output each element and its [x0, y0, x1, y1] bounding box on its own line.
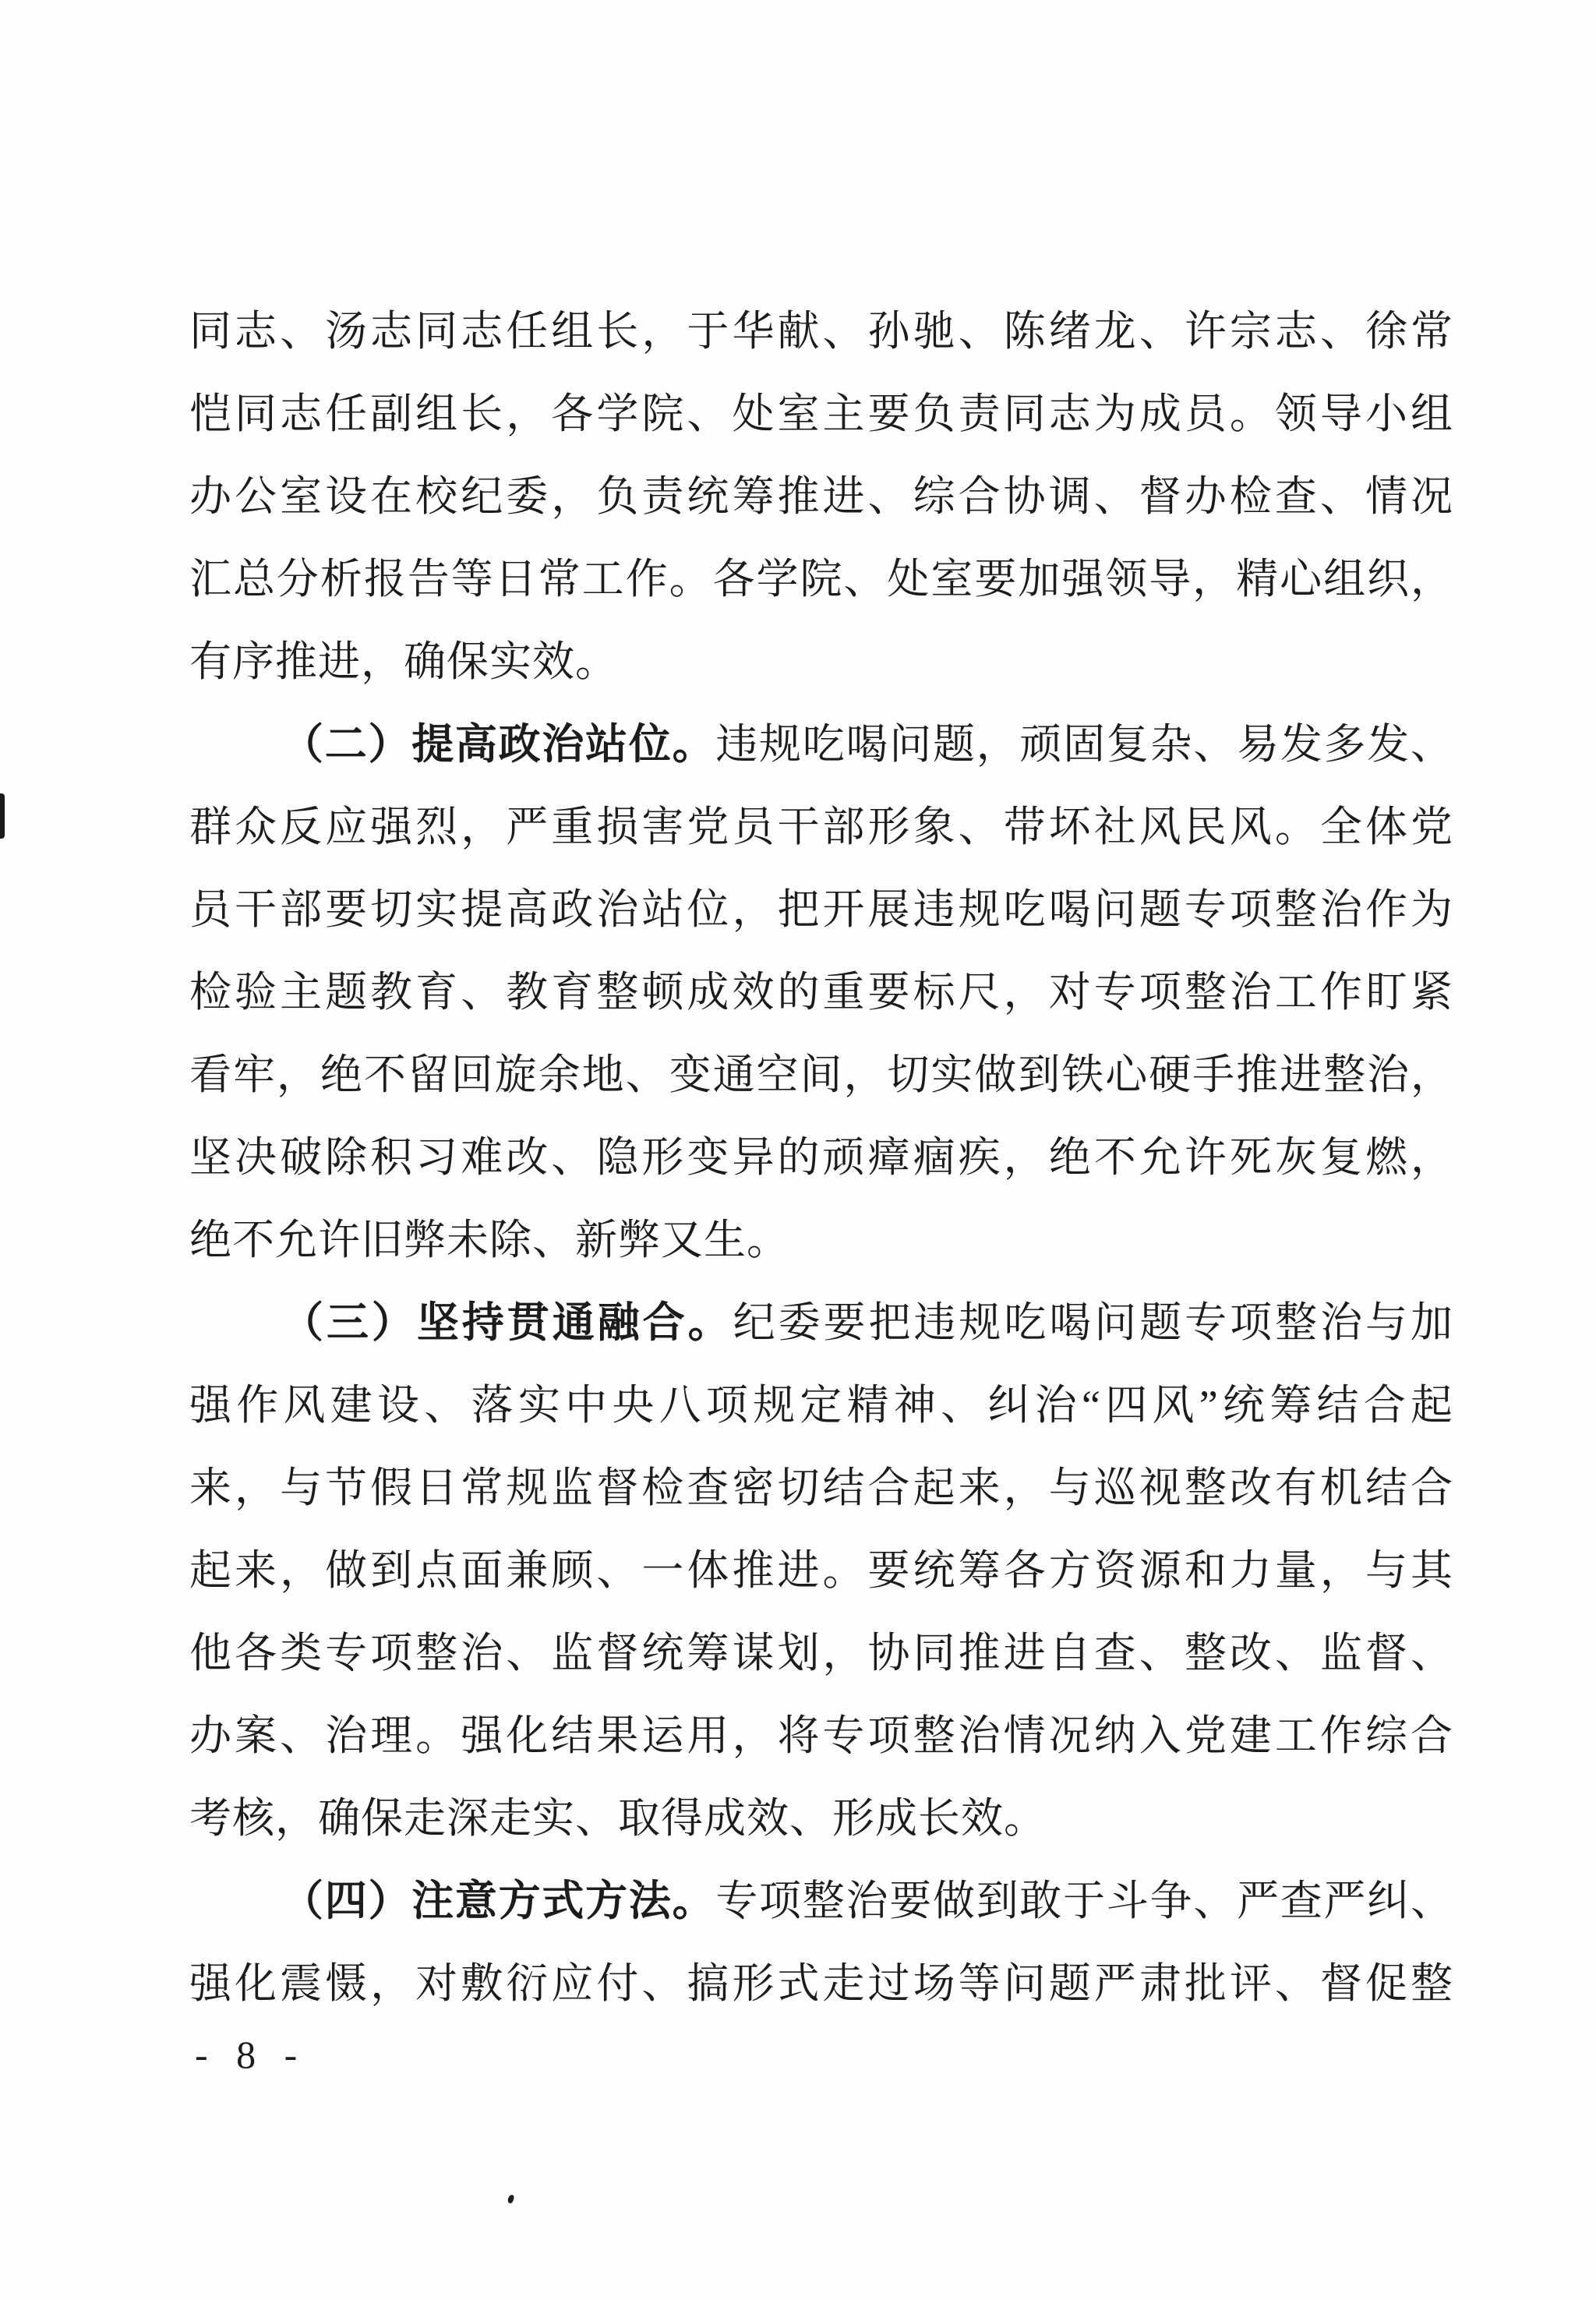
line-text: 坚决破除积习难改、隐形变异的顽瘴痼疾，绝不允许死灰复燃， [189, 1134, 1453, 1181]
section-heading: （四）注意方式方法。 [281, 1878, 715, 1924]
text-line: 他各类专项整治、监督统筹谋划，协同推进自查、整改、监督、 [189, 1612, 1453, 1694]
text-line: 恺同志任副组长，各学院、处室主要负责同志为成员。领导小组 [189, 373, 1453, 455]
line-text: 汇总分析报告等日常工作。各学院、处室要加强领导，精心组织， [189, 556, 1453, 602]
section-heading: （三）坚持贯通融合。 [281, 1299, 733, 1346]
line-text: 他各类专项整治、监督统筹谋划，协同推进自查、整改、监督、 [189, 1630, 1453, 1676]
line-text: 绝不允许旧弊未除、新弊又生。 [189, 1217, 789, 1263]
line-text: 群众反应强烈，严重损害党员干部形象、带坏社风民风。全体党 [189, 804, 1453, 850]
line-text: 看牢，绝不留回旋余地、变通空间，切实做到铁心硬手推进整治， [189, 1051, 1453, 1098]
line-text: 纪委要把违规吃喝问题专项整治与加 [733, 1299, 1453, 1346]
line-text: 考核，确保走深走实、取得成效、形成长效。 [189, 1795, 1047, 1842]
text-line: 强作风建设、落实中央八项规定精神、纠治“四风”统筹结合起 [189, 1364, 1453, 1447]
line-text: 违规吃喝问题，顽固复杂、易发多发、 [715, 721, 1453, 768]
line-text: 强化震慑，对敷衍应付、搞形式走过场等问题严肃批评、督促整 [189, 1960, 1453, 2007]
line-text: 员干部要切实提高政治站位，把开展违规吃喝问题专项整治作为 [189, 886, 1453, 933]
scan-artifact-ink-speck [507, 2194, 515, 2203]
line-text: 同志、汤志同志任组长，于华献、孙驰、陈绪龙、许宗志、徐常 [189, 308, 1453, 355]
text-line: 同志、汤志同志任组长，于华献、孙驰、陈绪龙、许宗志、徐常 [189, 290, 1453, 373]
text-line: 绝不允许旧弊未除、新弊又生。 [189, 1199, 1453, 1281]
text-line: 强化震慑，对敷衍应付、搞形式走过场等问题严肃批评、督促整 [189, 1942, 1453, 2025]
text-column: 同志、汤志同志任组长，于华献、孙驰、陈绪龙、许宗志、徐常 恺同志任副组长，各学院… [189, 290, 1453, 2025]
line-text: 有序推进，确保实效。 [189, 638, 618, 685]
line-text: 办公室设在校纪委，负责统筹推进、综合协调、督办检查、情况 [189, 473, 1453, 520]
line-text: 检验主题教育、教育整顿成效的重要标尺，对专项整治工作盯紧 [189, 969, 1453, 1016]
scan-artifact-edge-mark [0, 793, 5, 839]
line-text: 来，与节假日常规监督检查密切结合起来，与巡视整改有机结合 [189, 1464, 1453, 1511]
text-line: 检验主题教育、教育整顿成效的重要标尺，对专项整治工作盯紧 [189, 951, 1453, 1033]
text-line: 看牢，绝不留回旋余地、变通空间，切实做到铁心硬手推进整治， [189, 1033, 1453, 1116]
text-line: 有序推进，确保实效。 [189, 620, 1453, 703]
document-page: 同志、汤志同志任组长，于华献、孙驰、陈绪龙、许宗志、徐常 恺同志任副组长，各学院… [0, 0, 1596, 2300]
line-text: 起来，做到点面兼顾、一体推进。要统筹各方资源和力量，与其 [189, 1547, 1453, 1594]
text-line: 起来，做到点面兼顾、一体推进。要统筹各方资源和力量，与其 [189, 1529, 1453, 1612]
page-number: - 8 - [195, 2026, 306, 2083]
text-line: （二）提高政治站位。违规吃喝问题，顽固复杂、易发多发、 [189, 703, 1453, 786]
line-text: 办案、治理。强化结果运用，将专项整治情况纳入党建工作综合 [189, 1712, 1453, 1759]
text-line: 汇总分析报告等日常工作。各学院、处室要加强领导，精心组织， [189, 538, 1453, 620]
section-heading: （二）提高政治站位。 [281, 721, 715, 768]
text-line: 来，与节假日常规监督检查密切结合起来，与巡视整改有机结合 [189, 1447, 1453, 1529]
text-line: （四）注意方式方法。专项整治要做到敢于斗争、严查严纠、 [189, 1860, 1453, 1942]
text-line: 办公室设在校纪委，负责统筹推进、综合协调、督办检查、情况 [189, 455, 1453, 538]
text-line: （三）坚持贯通融合。纪委要把违规吃喝问题专项整治与加 [189, 1281, 1453, 1364]
line-text: 恺同志任副组长，各学院、处室主要负责同志为成员。领导小组 [189, 390, 1453, 437]
text-line: 考核，确保走深走实、取得成效、形成长效。 [189, 1777, 1453, 1860]
text-line: 员干部要切实提高政治站位，把开展违规吃喝问题专项整治作为 [189, 868, 1453, 951]
line-text: 专项整治要做到敢于斗争、严查严纠、 [715, 1878, 1453, 1924]
text-line: 群众反应强烈，严重损害党员干部形象、带坏社风民风。全体党 [189, 786, 1453, 868]
text-line: 办案、治理。强化结果运用，将专项整治情况纳入党建工作综合 [189, 1694, 1453, 1777]
text-line: 坚决破除积习难改、隐形变异的顽瘴痼疾，绝不允许死灰复燃， [189, 1116, 1453, 1199]
line-text: 强作风建设、落实中央八项规定精神、纠治“四风”统筹结合起 [189, 1382, 1453, 1429]
